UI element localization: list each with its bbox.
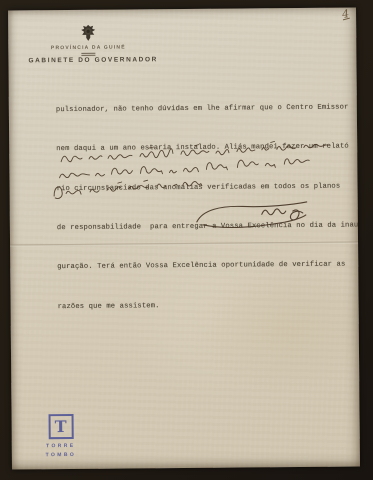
handwritten-note <box>53 140 329 199</box>
stamp-monogram-icon: T <box>48 414 73 439</box>
archive-stamp: T TORRE TOMBO <box>38 414 84 458</box>
stamp-monogram: T <box>55 419 67 435</box>
stamp-text-torre: TORRE <box>38 443 84 449</box>
scanned-letter-page: PROVÍNCIA DA GUINÉ GABINETE DO GOVERNADO… <box>0 0 373 480</box>
handwriting-layer <box>8 7 360 469</box>
paper-sheet: PROVÍNCIA DA GUINÉ GABINETE DO GOVERNADO… <box>8 7 360 469</box>
signature <box>197 202 307 228</box>
stamp-text-tombo: TOMBO <box>38 451 84 457</box>
